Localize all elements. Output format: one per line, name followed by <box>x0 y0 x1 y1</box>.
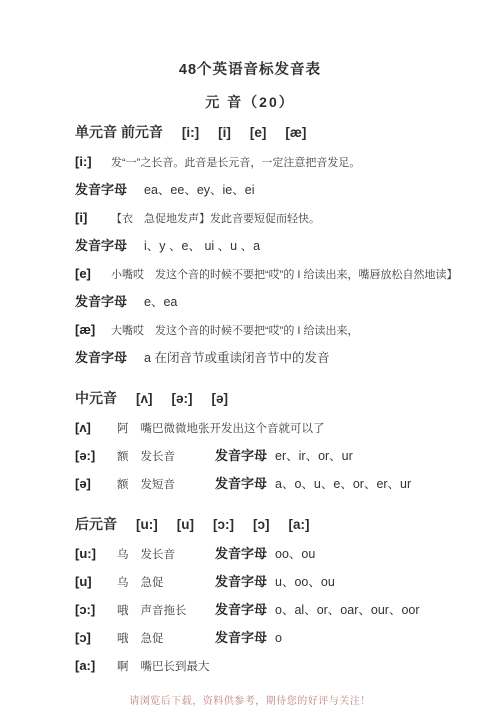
phonetic-symbol: [a:] <box>75 656 117 675</box>
entry-row: [æ]大嘴哎 发这个音的时候不要把“哎”的 I 给读出来， <box>75 320 474 341</box>
entry-text: 发“一”之长音。此音是长元音，一定注意把音发足。 <box>111 157 360 169</box>
letters-value: er、ir、or、ur <box>275 449 353 463</box>
entry-row: [e]小嘴哎 发这个音的时候不要把“哎”的 I 给读出来，嘴唇放松自然地读】 <box>75 264 474 285</box>
entry-row: [i:]发“一”之长音。此音是长元音，一定注意把音发足。 <box>75 152 474 173</box>
entry-description: 啊嘴巴长到最大 <box>117 658 210 677</box>
entry-row: [ə:]额发长音发音字母er、ir、or、ur <box>75 446 474 467</box>
phonetic-symbol: [ə:] <box>75 446 117 465</box>
entry-description: 额发长音 <box>117 448 215 467</box>
entry-text: 【衣 急促地发声】发此音要短促而轻快。 <box>111 213 320 225</box>
letters-row: 发音字母i、y 、e、 ui 、u 、a <box>75 236 474 257</box>
document-page: 48个英语音标发音表 元 音（20） 单元音 前元音[i:][i][e][æ][… <box>0 0 500 708</box>
letters-value: u、oo、ou <box>275 575 335 589</box>
phonetic-symbol: [i:] <box>75 152 111 171</box>
letters-value: o、al、or、oar、our、oor <box>275 603 420 617</box>
hint-character: 额 <box>117 451 129 463</box>
hint-character: 啊 <box>117 661 129 673</box>
letters-value: o <box>275 631 282 645</box>
section-front-vowels: 单元音 前元音[i:][i][e][æ][i:]发“一”之长音。此音是长元音，一… <box>75 122 474 369</box>
description-text: 嘴巴长到最大 <box>141 661 210 673</box>
phonetic-symbol: [ɔ] <box>253 517 270 532</box>
entry-row: [ʌ]阿嘴巴微微地张开发出这个音就可以了 <box>75 418 474 439</box>
section-header: 中元音[ʌ][ə:][ə] <box>75 388 474 409</box>
letters-label: 发音字母 <box>215 476 267 491</box>
entry-row: [u]乌急促发音字母u、oo、ou <box>75 572 474 593</box>
phonetic-symbol: [ə] <box>212 391 229 406</box>
hint-character: 阿 <box>117 423 129 435</box>
letters-value: oo、ou <box>275 547 315 561</box>
description-text: 发长音 <box>141 549 176 561</box>
phonetic-symbol: [ɔ] <box>75 628 117 647</box>
entry-description: 乌急促 <box>117 574 215 593</box>
entry-row: [i]【衣 急促地发声】发此音要短促而轻快。 <box>75 208 474 229</box>
phonetic-symbol: [ɔ:] <box>213 517 234 532</box>
description-text: 发长音 <box>141 451 176 463</box>
section-back-vowels: 后元音[u:][u][ɔ:][ɔ][a:][u:]乌发长音发音字母oo、ou[u… <box>75 514 474 677</box>
phonetic-symbol: [i] <box>218 125 231 140</box>
phonetic-symbol: [i] <box>75 208 111 227</box>
letters-row: 发音字母e、ea <box>75 292 474 313</box>
letters-value: a 在闭音节或重读闭音节中的发音 <box>144 351 329 365</box>
description-text: 声音拖长 <box>141 605 187 617</box>
entry-description: 阿嘴巴微微地张开发出这个音就可以了 <box>117 420 325 439</box>
page-subtitle: 元 音（20） <box>0 92 500 112</box>
letters-label: 发音字母 <box>215 448 267 463</box>
letters-row: 发音字母a 在闭音节或重读闭音节中的发音 <box>75 348 474 369</box>
hint-character: 乌 <box>117 549 129 561</box>
letters-label: 发音字母 <box>75 294 127 309</box>
letters-label: 发音字母 <box>215 602 267 617</box>
letters-label: 发音字母 <box>75 350 127 365</box>
entry-description: 哦急促 <box>117 630 215 649</box>
hint-character: 哦 <box>117 633 129 645</box>
letters-label: 发音字母 <box>215 630 267 645</box>
entry-description: 哦声音拖长 <box>117 602 215 621</box>
phonetic-symbol: [u:] <box>75 544 117 563</box>
letters-value: i、y 、e、 ui 、u 、a <box>144 239 260 253</box>
letters-label: 发音字母 <box>215 546 267 561</box>
description-text: 急促 <box>141 633 164 645</box>
phonetic-symbol: [æ] <box>75 320 111 339</box>
phonetic-symbol: [a:] <box>288 517 309 532</box>
phonetic-symbol: [ɔ:] <box>75 600 117 619</box>
description-text: 发短音 <box>141 479 176 491</box>
entry-text: 小嘴哎 发这个音的时候不要把“哎”的 I 给读出来，嘴唇放松自然地读】 <box>111 269 458 281</box>
letters-value: ea、ee、ey、ie、ei <box>144 183 254 197</box>
hint-character: 额 <box>117 479 129 491</box>
page-footer: 请浏览后下载，资料供参考，期待您的好评与关注！ <box>0 692 500 707</box>
letters-label: 发音字母 <box>215 574 267 589</box>
section-title: 后元音 <box>75 516 117 532</box>
phonetic-symbol: [u] <box>75 572 117 591</box>
section-mid-vowels: 中元音[ʌ][ə:][ə][ʌ]阿嘴巴微微地张开发出这个音就可以了[ə:]额发长… <box>75 388 474 495</box>
phonetic-symbol: [u] <box>177 517 194 532</box>
hint-character: 哦 <box>117 605 129 617</box>
entry-row: [a:]啊嘴巴长到最大 <box>75 656 474 677</box>
page-title: 48个英语音标发音表 <box>0 58 500 79</box>
sections-container: 单元音 前元音[i:][i][e][æ][i:]发“一”之长音。此音是长元音，一… <box>0 112 500 677</box>
description-text: 急促 <box>141 577 164 589</box>
section-title: 单元音 前元音 <box>75 124 163 140</box>
phonetic-symbol: [i:] <box>182 125 199 140</box>
phonetic-symbol: [ə:] <box>172 391 193 406</box>
entry-row: [ɔ:]哦声音拖长发音字母o、al、or、oar、our、oor <box>75 600 474 621</box>
phonetic-symbol: [ʌ] <box>136 391 153 406</box>
entry-row: [ə]额发短音发音字母a、o、u、e、or、er、ur <box>75 474 474 495</box>
phonetic-symbol: [ʌ] <box>75 418 117 437</box>
section-header: 后元音[u:][u][ɔ:][ɔ][a:] <box>75 514 474 535</box>
letters-value: a、o、u、e、or、er、ur <box>275 477 411 491</box>
entry-description: 额发短音 <box>117 476 215 495</box>
description-text: 嘴巴微微地张开发出这个音就可以了 <box>141 423 325 435</box>
letters-value: e、ea <box>144 295 177 309</box>
phonetic-symbol: [æ] <box>285 125 306 140</box>
section-header: 单元音 前元音[i:][i][e][æ] <box>75 122 474 143</box>
letters-row: 发音字母ea、ee、ey、ie、ei <box>75 180 474 201</box>
phonetic-symbol: [e] <box>75 264 111 283</box>
entry-text: 大嘴哎 发这个音的时候不要把“哎”的 I 给读出来， <box>111 325 359 337</box>
entry-row: [ɔ]哦急促发音字母o <box>75 628 474 649</box>
entry-row: [u:]乌发长音发音字母oo、ou <box>75 544 474 565</box>
phonetic-symbol: [u:] <box>136 517 158 532</box>
entry-description: 乌发长音 <box>117 546 215 565</box>
hint-character: 乌 <box>117 577 129 589</box>
phonetic-symbol: [ə] <box>75 474 117 493</box>
letters-label: 发音字母 <box>75 182 127 197</box>
phonetic-symbol: [e] <box>250 125 267 140</box>
letters-label: 发音字母 <box>75 238 127 253</box>
section-title: 中元音 <box>75 390 117 406</box>
